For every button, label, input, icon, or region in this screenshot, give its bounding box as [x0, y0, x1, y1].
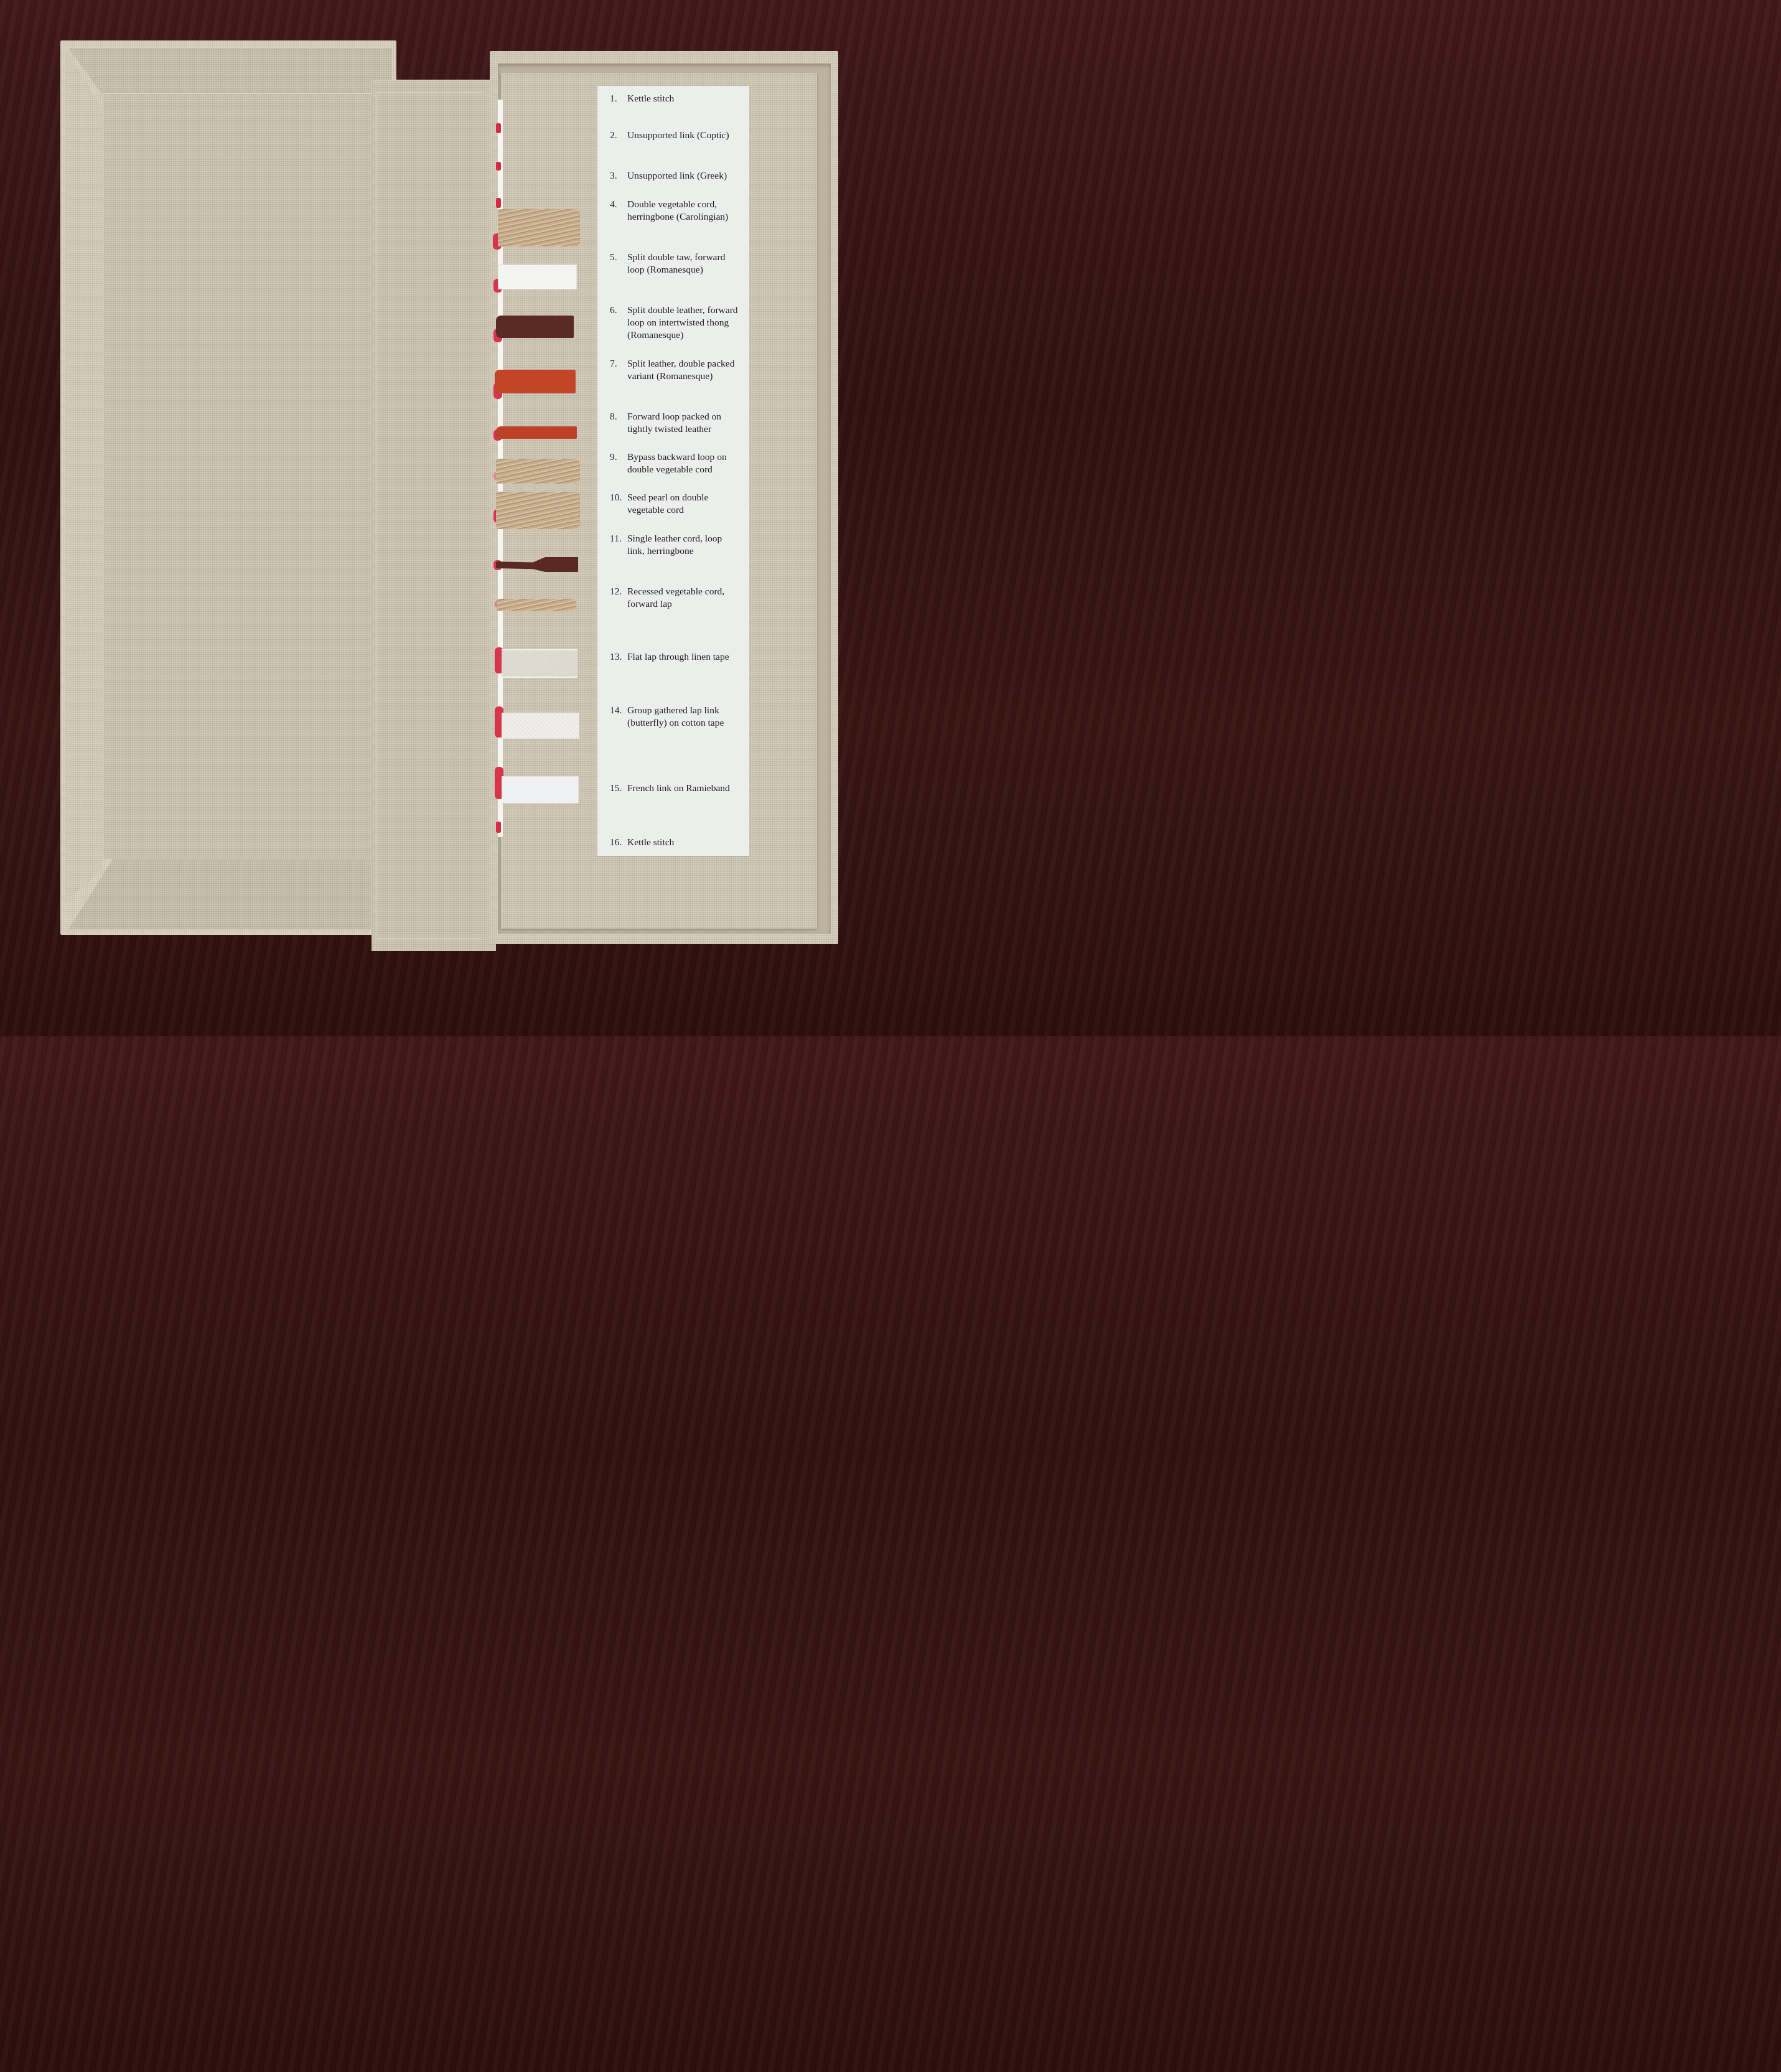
support-10-seed-pearl-cord	[496, 492, 580, 529]
left-tray-left-wall	[65, 50, 103, 902]
support-9-double-vegetable-cord	[496, 459, 580, 484]
support-4-double-vegetable-cord	[498, 209, 580, 246]
kettle-stitch-top	[496, 123, 501, 133]
left-tray-bottom-wall	[68, 858, 392, 929]
support-5-split-taw	[498, 265, 577, 289]
kettle-stitch-bottom	[496, 822, 501, 833]
support-8-twisted-leather	[496, 426, 577, 439]
technique-label-card: 1. Kettle stitch 2. Unsupported link (Co…	[597, 86, 749, 856]
sewing-station-coptic	[496, 162, 501, 171]
support-12-recessed-vegetable-cord	[497, 599, 576, 611]
support-14-cotton-tape	[502, 713, 579, 739]
left-tray-floor	[103, 93, 389, 859]
support-15-ramieband	[502, 776, 579, 804]
support-6-split-double-leather	[496, 316, 574, 338]
spine-inner-panel	[376, 92, 482, 939]
support-7-split-leather	[495, 370, 576, 393]
sewing-station-greek	[496, 198, 501, 208]
support-13-linen-tape	[502, 649, 577, 678]
